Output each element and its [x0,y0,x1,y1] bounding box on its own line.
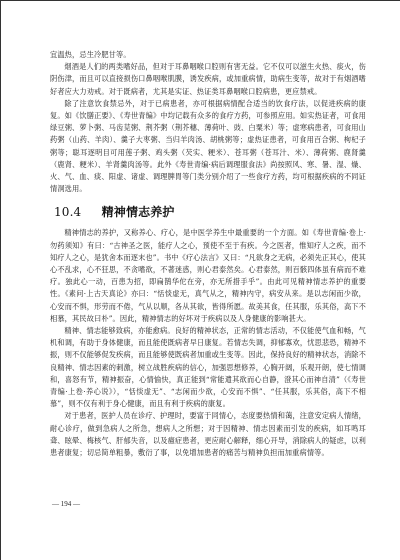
book-page: 宜温热，忌生冷肥甘等。 烟酒是人们的两类嗜好品，但对于耳鼻咽喉口腔则有害无益。它… [0,0,400,560]
page-number: — 194 — [52,500,80,508]
paragraph: 宜温热，忌生冷肥甘等。 [50,49,366,61]
paragraph: 精神、情志能够致病，亦能愈病。良好的精神状态，正常的情志活动，不仅能使气血和畅，… [50,325,366,410]
paragraph: 对于患者，医护人员在诊疗、护理时，要富于同情心，态度要热情和蔼，注意安定病人情绪… [50,410,366,459]
section-number: 10.4 [54,205,81,219]
section-heading: 10.4 精神情志养护 [54,204,366,220]
paragraph: 烟酒是人们的两类嗜好品，但对于耳鼻咽喉口腔则有害无益。它不仅可以滋生火热、痰火，… [50,61,366,98]
page-body: 宜温热，忌生冷肥甘等。 烟酒是人们的两类嗜好品，但对于耳鼻咽喉口腔则有害无益。它… [50,49,366,459]
paragraph: 精神情志的养护，又称养心、疗心，是中医学养生中最重要的一个方面。如《寿世青编·卷… [50,227,366,325]
paragraph: 除了注意饮食禁忌外，对于已病患者，亦可根据病情配合适当的饮食疗法，以促进疾病的康… [50,98,366,196]
section-title: 精神情志养护 [102,205,175,219]
